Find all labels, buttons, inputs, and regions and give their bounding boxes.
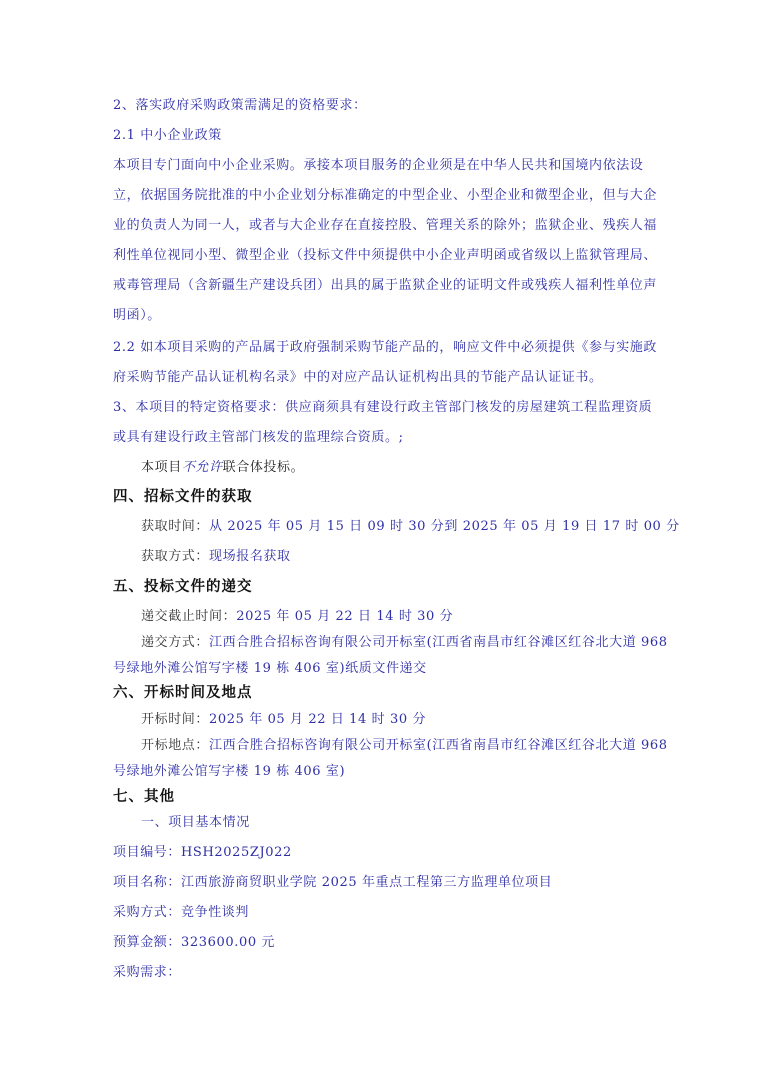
acquisition-time-value: 从 2025 年 05 月 15 日 09 时 30 分到 2025 年 05 … [209,519,680,534]
submission-deadline-label: 递交截止时间： [141,609,236,624]
acquisition-method: 获取方式：现场报名获取 [141,548,291,566]
opening-place-cont: 号绿地外滩公馆写字楼 19 栋 406 室) [113,763,345,781]
opening-time: 开标时间：2025 年 05 月 22 日 14 时 30 分 [141,711,426,729]
budget-amount: 预算金额：323600.00 元 [113,934,275,952]
project-basic-info-heading: 一、项目基本情况 [141,814,250,832]
paragraph-line: 本项目专门面向中小企业采购。承接本项目服务的企业须是在中华人民共和国境内依法设 [113,157,643,175]
acquisition-time: 获取时间：从 2025 年 05 月 15 日 09 时 30 分到 2025 … [141,518,680,536]
paragraph-line: 或具有建设行政主管部门核发的监理综合资质。; [113,429,404,447]
consortium-prefix: 本项目 [141,460,182,475]
opening-time-value: 2025 年 05 月 22 日 14 时 30 分 [209,712,426,727]
procurement-requirements: 采购需求： [113,964,181,982]
paragraph-line: 3、本项目的特定资格要求：供应商须具有建设行政主管部门核发的房屋建筑工程监理资质 [113,399,652,417]
section-4-heading: 四、招标文件的获取 [113,488,253,506]
section-2-title: 2、落实政府采购政策需满足的资格要求： [113,97,367,115]
submission-deadline: 递交截止时间：2025 年 05 月 22 日 14 时 30 分 [141,608,453,626]
section-6-heading: 六、开标时间及地点 [113,684,253,702]
acquisition-time-label: 获取时间： [141,519,209,534]
paragraph-line: 2.2 如本项目采购的产品属于政府强制采购节能产品的，响应文件中必须提供《参与实… [113,339,657,357]
paragraph-line: 明函）。 [113,307,161,325]
submission-method-value: 江西合胜合招标咨询有限公司开标室(江西省南昌市红谷滩区红谷北大道 968 [209,635,668,650]
submission-method: 递交方式：江西合胜合招标咨询有限公司开标室(江西省南昌市红谷滩区红谷北大道 96… [141,634,668,652]
submission-deadline-value: 2025 年 05 月 22 日 14 时 30 分 [236,609,453,624]
submission-method-cont: 号绿地外滩公馆写字楼 19 栋 406 室)纸质文件递交 [113,660,427,678]
consortium-suffix: 联合体投标。 [223,460,305,475]
subsection-2-1-title: 2.1 中小企业政策 [113,127,222,145]
opening-place-value: 江西合胜合招标咨询有限公司开标室(江西省南昌市红谷滩区红谷北大道 968 [209,738,668,753]
document-page: 2、落实政府采购政策需满足的资格要求： 2.1 中小企业政策 本项目专门面向中小… [0,0,760,1077]
paragraph-line: 利性单位视同小型、微型企业（投标文件中须提供中小企业声明函或省级以上监狱管理局、 [113,247,657,265]
acquisition-method-label: 获取方式： [141,549,209,564]
project-name: 项目名称：江西旅游商贸职业学院 2025 年重点工程第三方监理单位项目 [113,874,552,892]
acquisition-method-value: 现场报名获取 [209,549,291,564]
project-number: 项目编号：HSH2025ZJ022 [113,844,292,862]
submission-method-label: 递交方式： [141,635,209,650]
paragraph-line: 业的负责人为同一人，或者与大企业存在直接控股、管理关系的除外；监狱企业、残疾人福 [113,217,657,235]
procurement-method: 采购方式：竞争性谈判 [113,904,249,922]
paragraph-line: 府采购节能产品认证机构名录》中的对应产品认证机构出具的节能产品认证证书。 [113,369,603,387]
section-7-heading: 七、其他 [113,788,175,806]
section-5-heading: 五、投标文件的递交 [113,578,253,596]
paragraph-line: 立，依据国务院批准的中小企业划分标准确定的中型企业、小型企业和微型企业，但与大企 [113,187,657,205]
consortium-emphasis: 不允许 [182,460,223,475]
consortium-statement: 本项目不允许联合体投标。 [141,459,304,477]
opening-place-label: 开标地点： [141,738,209,753]
opening-place: 开标地点：江西合胜合招标咨询有限公司开标室(江西省南昌市红谷滩区红谷北大道 96… [141,737,668,755]
opening-time-label: 开标时间： [141,712,209,727]
paragraph-line: 戒毒管理局（含新疆生产建设兵团）出具的属于监狱企业的证明文件或残疾人福利性单位声 [113,277,657,295]
